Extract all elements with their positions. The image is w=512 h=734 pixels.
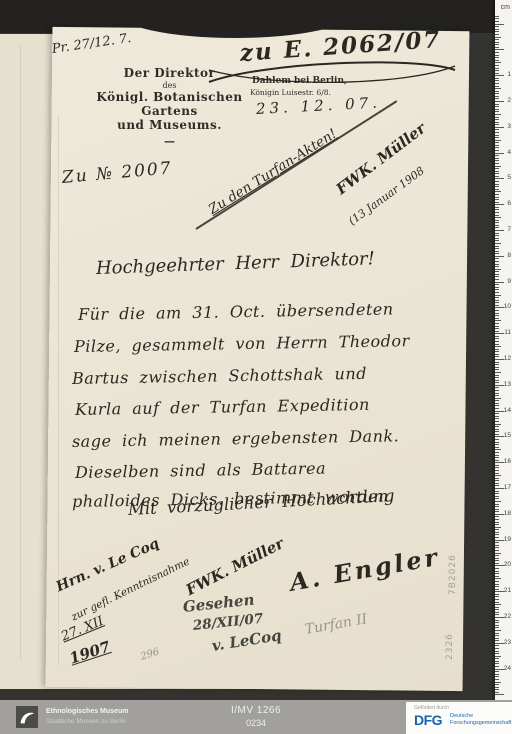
- ruler-tick: [495, 418, 499, 419]
- ruler-tick: [495, 467, 499, 468]
- ruler-tick: [495, 31, 499, 32]
- ruler-tick: [495, 604, 501, 605]
- ruler-tick: [495, 73, 499, 74]
- ruler-tick: [495, 282, 504, 283]
- ruler-tick: [495, 354, 499, 355]
- ruler-number: 2: [507, 97, 511, 105]
- ruler-number: 21: [504, 587, 511, 595]
- ruler-unit-label: cm: [501, 4, 510, 11]
- ruler-tick: [495, 295, 501, 296]
- ruler-tick: [495, 475, 501, 476]
- ruler-tick: [495, 651, 499, 652]
- footer-bar: Ethnologisches Museum Staatliche Museen …: [0, 700, 512, 734]
- ruler-tick: [495, 70, 499, 71]
- ruler-tick: [495, 398, 501, 399]
- ruler-tick: [495, 390, 499, 391]
- ruler-tick: [495, 326, 499, 327]
- ruler-tick: [495, 656, 501, 657]
- ruler-tick: [495, 684, 499, 685]
- ruler-number: 3: [507, 123, 511, 131]
- ruler-number: 16: [504, 458, 511, 466]
- ruler-tick: [495, 230, 504, 231]
- ruler-tick: [495, 395, 499, 396]
- ruler-tick: [495, 532, 499, 533]
- ruler-tick: [495, 52, 499, 53]
- ruler-tick: [495, 514, 504, 515]
- ruler-tick: [495, 129, 499, 130]
- ruler-tick: [495, 359, 504, 360]
- ruler-tick: [495, 117, 499, 118]
- handwritten-date: 23. 12. 07.: [256, 93, 382, 118]
- ruler-tick: [495, 537, 499, 538]
- ruler-tick: [495, 346, 501, 347]
- ruler-tick: [495, 26, 499, 27]
- ruler-tick: [495, 622, 499, 623]
- dfg-full-name: Deutsche Forschungsgemeinschaft: [450, 713, 511, 727]
- ruler-number: 8: [507, 252, 511, 260]
- ruler-tick: [495, 217, 501, 218]
- dfg-funding-box: Gefördert durch DFG Deutsche Forschungsg…: [406, 702, 512, 734]
- ruler-tick: [495, 96, 499, 97]
- ruler-tick: [495, 424, 501, 425]
- ruler-number: 10: [504, 303, 511, 311]
- ruler-tick: [495, 571, 499, 572]
- ruler-tick: [495, 47, 499, 48]
- ruler-tick: [495, 612, 499, 613]
- ruler-tick: [495, 457, 499, 458]
- ruler-tick: [495, 460, 499, 461]
- ruler-tick: [495, 18, 499, 19]
- ruler-tick: [495, 439, 499, 440]
- ruler-tick: [495, 176, 499, 177]
- ruler-tick: [495, 336, 499, 337]
- ruler-tick: [495, 160, 499, 161]
- ruler-tick: [495, 65, 499, 66]
- ruler-tick: [495, 553, 501, 554]
- ruler-tick: [495, 60, 499, 61]
- ruler-tick: [495, 150, 499, 151]
- ruler-tick: [495, 465, 499, 466]
- ruler-tick: [495, 57, 499, 58]
- ruler-tick: [495, 34, 499, 35]
- ruler-tick: [495, 88, 501, 89]
- ruler-tick: [495, 29, 499, 30]
- ruler-tick: [495, 679, 499, 680]
- ruler-tick: [495, 498, 499, 499]
- ruler-tick: [495, 287, 499, 288]
- ruler-tick: [495, 689, 499, 690]
- ruler-tick: [495, 269, 501, 270]
- engler-signature: A. Engler: [287, 542, 442, 597]
- ruler-tick: [495, 171, 499, 172]
- ruler-tick: [495, 491, 499, 492]
- ruler-number: 19: [504, 536, 511, 544]
- ruler-tick: [495, 189, 499, 190]
- ruler-tick: [495, 429, 499, 430]
- ruler-number: 4: [507, 149, 511, 157]
- ruler-tick: [495, 426, 499, 427]
- ruler-tick: [495, 284, 499, 285]
- ruler-tick: [495, 633, 499, 634]
- ruler-tick: [495, 246, 499, 247]
- ruler-tick: [495, 527, 501, 528]
- ruler-tick: [495, 222, 499, 223]
- ruler-tick: [495, 186, 499, 187]
- ruler-tick: [495, 173, 499, 174]
- ruler-number: 5: [507, 174, 511, 182]
- body-line: Bartus zwischen Schottshak und: [72, 364, 367, 388]
- ruler-tick: [495, 534, 499, 535]
- ruler-tick: [495, 555, 499, 556]
- ruler-number: 22: [504, 613, 511, 621]
- ruler-tick: [495, 44, 499, 45]
- ruler-tick: [495, 153, 504, 154]
- ruler-tick: [495, 271, 499, 272]
- ruler-tick: [495, 93, 499, 94]
- ruler-tick: [495, 550, 499, 551]
- ruler-tick: [495, 442, 499, 443]
- ruler-tick: [495, 119, 499, 120]
- ruler-tick: [495, 364, 499, 365]
- ruler-tick: [495, 599, 499, 600]
- ruler-tick: [495, 449, 501, 450]
- ruler-tick: [495, 132, 499, 133]
- ruler-tick: [495, 276, 499, 277]
- ruler-tick: [495, 496, 499, 497]
- ruler-tick: [495, 292, 499, 293]
- ruler-tick: [495, 522, 499, 523]
- ruler-tick: [495, 387, 499, 388]
- ruler-tick: [495, 83, 499, 84]
- letterhead-street: Königin Luisestr. 6/8.: [250, 88, 331, 97]
- ruler-tick: [495, 658, 499, 659]
- ruler-tick: [495, 39, 499, 40]
- ruler-tick: [495, 393, 499, 394]
- ruler-tick: [495, 243, 501, 244]
- ruler-tick: [495, 620, 499, 621]
- ruler-tick: [495, 436, 504, 437]
- ruler-tick: [495, 315, 499, 316]
- ruler-tick: [495, 215, 499, 216]
- ruler-tick: [495, 289, 499, 290]
- ruler-tick: [495, 307, 504, 308]
- ruler-tick: [495, 261, 499, 262]
- ruler-tick: [495, 181, 499, 182]
- ruler-tick: [495, 55, 499, 56]
- ruler-tick: [495, 111, 499, 112]
- ruler-tick: [495, 408, 499, 409]
- ruler-tick: [495, 220, 499, 221]
- ruler-tick: [495, 104, 499, 105]
- ruler-tick: [495, 431, 499, 432]
- ruler-tick: [495, 158, 499, 159]
- ruler-number: 13: [504, 381, 511, 389]
- ruler-tick: [495, 558, 499, 559]
- ruler-tick: [495, 506, 499, 507]
- letterhead-garden: Königl. Botanischen Gartens: [92, 90, 247, 118]
- ruler-tick: [495, 147, 499, 148]
- ruler-tick: [495, 328, 499, 329]
- ruler-tick: [495, 627, 499, 628]
- ruler-tick: [495, 338, 499, 339]
- ruler-tick: [495, 516, 499, 517]
- ruler-tick: [495, 251, 499, 252]
- ruler-tick: [495, 91, 499, 92]
- ruler-number: 24: [504, 665, 511, 673]
- ruler-tick: [495, 37, 501, 38]
- ruler-tick: [495, 42, 499, 43]
- ruler-tick: [495, 674, 499, 675]
- handwritten-file-note: Pr. 27/12. 7.: [51, 31, 132, 57]
- dfg-name-line1: Deutsche: [450, 713, 511, 720]
- ruler-tick: [495, 163, 499, 164]
- ruler-tick: [495, 114, 501, 115]
- ruler-tick: [495, 135, 499, 136]
- ruler-tick: [495, 362, 499, 363]
- ruler-tick: [495, 333, 504, 334]
- ruler-tick: [495, 470, 499, 471]
- flourish-underline: [205, 58, 460, 88]
- ruler-tick: [495, 207, 499, 208]
- ruler-tick: [495, 313, 499, 314]
- ruler-tick: [495, 209, 499, 210]
- ruler-tick: [495, 318, 499, 319]
- ruler-tick: [495, 645, 499, 646]
- ruler-number: 17: [504, 484, 511, 492]
- forward-date-2: 1907: [67, 638, 112, 668]
- ruler-tick: [495, 248, 499, 249]
- ruler-tick: [495, 194, 499, 195]
- ruler-tick: [495, 124, 499, 125]
- ruler-tick: [495, 78, 499, 79]
- ruler-tick: [495, 145, 499, 146]
- ruler-tick: [495, 274, 499, 275]
- ruler-tick: [495, 344, 499, 345]
- ruler-tick: [495, 199, 499, 200]
- ruler-tick: [495, 227, 499, 228]
- ruler-tick: [495, 643, 504, 644]
- ruler-tick: [495, 101, 504, 102]
- ruler-tick: [495, 305, 499, 306]
- body-line: Kurla auf der Turfan Expedition: [75, 395, 370, 419]
- ruler-tick: [495, 382, 499, 383]
- ruler-tick: [495, 323, 499, 324]
- ruler-number: 12: [504, 355, 511, 363]
- ruler-tick: [495, 24, 504, 25]
- ruler-tick: [495, 140, 501, 141]
- ruler-tick: [495, 377, 499, 378]
- ruler-tick: [495, 400, 499, 401]
- ruler-tick: [495, 279, 499, 280]
- ruler-tick: [495, 320, 501, 321]
- ruler-tick: [495, 542, 499, 543]
- ruler-tick: [495, 351, 499, 352]
- ruler-tick: [495, 356, 499, 357]
- edge-inventory-pencil-2: 2326: [445, 600, 455, 660]
- body-line: sage ich meinen ergebensten Dank.: [72, 426, 400, 451]
- ruler-tick: [495, 98, 499, 99]
- ruler-tick: [495, 68, 499, 69]
- ruler-tick: [495, 563, 499, 564]
- ruler-number: 9: [507, 278, 511, 286]
- ruler-tick: [495, 300, 499, 301]
- ruler-tick: [495, 380, 499, 381]
- ruler-number: 1: [507, 71, 511, 79]
- ruler-tick: [495, 310, 499, 311]
- ruler-tick: [495, 547, 499, 548]
- ruler-tick: [495, 235, 499, 236]
- ruler-tick: [495, 367, 499, 368]
- ruler-tick: [495, 676, 499, 677]
- ruler-tick: [495, 573, 499, 574]
- ruler: cm 1234567891011121314151617181920212223…: [495, 0, 512, 702]
- ruler-tick: [495, 258, 499, 259]
- ruler-tick: [495, 403, 499, 404]
- ruler-tick: [495, 669, 504, 670]
- ruler-tick: [495, 648, 499, 649]
- ruler-number: 23: [504, 639, 511, 647]
- ruler-tick: [495, 413, 499, 414]
- ruler-tick: [495, 331, 499, 332]
- ruler-tick: [495, 589, 499, 590]
- ruler-tick: [495, 671, 499, 672]
- ruler-tick: [495, 411, 504, 412]
- scanned-document-page: Pr. 27/12. 7. Der Direktor des Königl. B…: [0, 0, 512, 734]
- ruler-tick: [495, 142, 499, 143]
- ruler-tick: [495, 640, 499, 641]
- ruler-tick: [495, 488, 504, 489]
- ruler-tick: [495, 137, 499, 138]
- ruler-tick: [495, 630, 501, 631]
- ruler-tick: [495, 256, 504, 257]
- ruler-tick: [495, 80, 499, 81]
- ruler-tick: [495, 212, 499, 213]
- ruler-tick: [495, 635, 499, 636]
- ruler-tick: [495, 607, 499, 608]
- ruler-tick: [495, 106, 499, 107]
- ruler-tick: [495, 238, 499, 239]
- dfg-name-line2: Forschungsgemeinschaft: [450, 720, 511, 727]
- ruler-tick: [495, 204, 504, 205]
- ruler-tick: [495, 485, 499, 486]
- body-line: Dieselben sind als Battarea: [75, 459, 326, 482]
- ruler-number: 14: [504, 407, 511, 415]
- ruler-tick: [495, 62, 501, 63]
- funder-label: Gefördert durch: [414, 705, 449, 711]
- ruler-tick: [495, 253, 499, 254]
- ruler-number: 6: [507, 200, 511, 208]
- ruler-tick: [495, 661, 499, 662]
- ruler-number: 15: [504, 432, 511, 440]
- ruler-tick: [495, 638, 499, 639]
- letterhead-divider: —: [92, 135, 247, 148]
- ruler-tick: [495, 109, 499, 110]
- ruler-number: 20: [504, 561, 511, 569]
- ruler-tick: [495, 594, 499, 595]
- ruler-tick: [495, 478, 499, 479]
- ruler-tick: [495, 197, 499, 198]
- ruler-tick: [495, 578, 501, 579]
- edge-inventory-pencil-1: 7B2026: [448, 505, 458, 595]
- ruler-tick: [495, 540, 504, 541]
- ruler-number: 11: [504, 329, 511, 337]
- zu-number-note: Zu № 2007: [61, 158, 173, 188]
- ruler-tick: [495, 266, 499, 267]
- ruler-tick: [495, 302, 499, 303]
- ruler-tick: [495, 225, 499, 226]
- ruler-tick: [495, 529, 499, 530]
- ruler-tick: [495, 545, 499, 546]
- ruler-tick: [495, 519, 499, 520]
- ruler-tick: [495, 434, 499, 435]
- ruler-tick: [495, 240, 499, 241]
- dfg-logo: DFG: [414, 712, 442, 728]
- ruler-tick: [495, 584, 499, 585]
- ruler-tick: [495, 421, 499, 422]
- ruler-tick: [495, 576, 499, 577]
- ruler-tick: [495, 369, 499, 370]
- ruler-tick: [495, 625, 499, 626]
- ruler-tick: [495, 462, 504, 463]
- ruler-tick: [495, 663, 499, 664]
- ruler-tick: [495, 586, 499, 587]
- ruler-tick: [495, 694, 504, 695]
- ruler-tick: [495, 191, 501, 192]
- ruler-tick: [495, 178, 504, 179]
- ruler-tick: [495, 602, 499, 603]
- ruler-tick: [495, 75, 504, 76]
- ruler-tick: [495, 297, 499, 298]
- ruler-tick: [495, 405, 499, 406]
- ruler-tick: [495, 504, 499, 505]
- ruler-tick: [495, 483, 499, 484]
- ruler-tick: [495, 375, 499, 376]
- ruler-tick: [495, 568, 499, 569]
- ruler-tick: [495, 444, 499, 445]
- ruler-tick: [495, 385, 504, 386]
- ruler-tick: [495, 591, 504, 592]
- ruler-tick: [495, 692, 499, 693]
- letterhead-museum: und Museums.: [92, 118, 247, 132]
- ruler-tick: [495, 202, 499, 203]
- ruler-number: 18: [504, 510, 511, 518]
- ruler-tick: [495, 596, 499, 597]
- ruler-tick: [495, 49, 504, 50]
- ruler-tick: [495, 86, 499, 87]
- turfan-pencil-note: Turfan II: [304, 611, 369, 638]
- ruler-tick: [495, 16, 499, 17]
- body-line: Pilze, gesammelt von Herrn Theodor: [74, 331, 410, 356]
- ruler-tick: [495, 184, 499, 185]
- ruler-tick: [495, 349, 499, 350]
- document-content: Pr. 27/12. 7. Der Direktor des Königl. B…: [0, 0, 512, 734]
- ruler-tick: [495, 155, 499, 156]
- ruler-tick: [495, 565, 504, 566]
- ruler-tick: [495, 447, 499, 448]
- ruler-tick: [495, 473, 499, 474]
- ruler-tick: [495, 122, 499, 123]
- body-line: Für die am 31. Oct. übersendeten: [78, 299, 394, 324]
- ruler-tick: [495, 682, 501, 683]
- ruler-tick: [495, 617, 504, 618]
- ruler-tick: [495, 372, 501, 373]
- ruler-tick: [495, 560, 499, 561]
- ruler-tick: [495, 501, 501, 502]
- ruler-tick: [495, 524, 499, 525]
- ruler-tick: [495, 455, 499, 456]
- ruler-tick: [495, 452, 499, 453]
- ruler-tick: [495, 168, 499, 169]
